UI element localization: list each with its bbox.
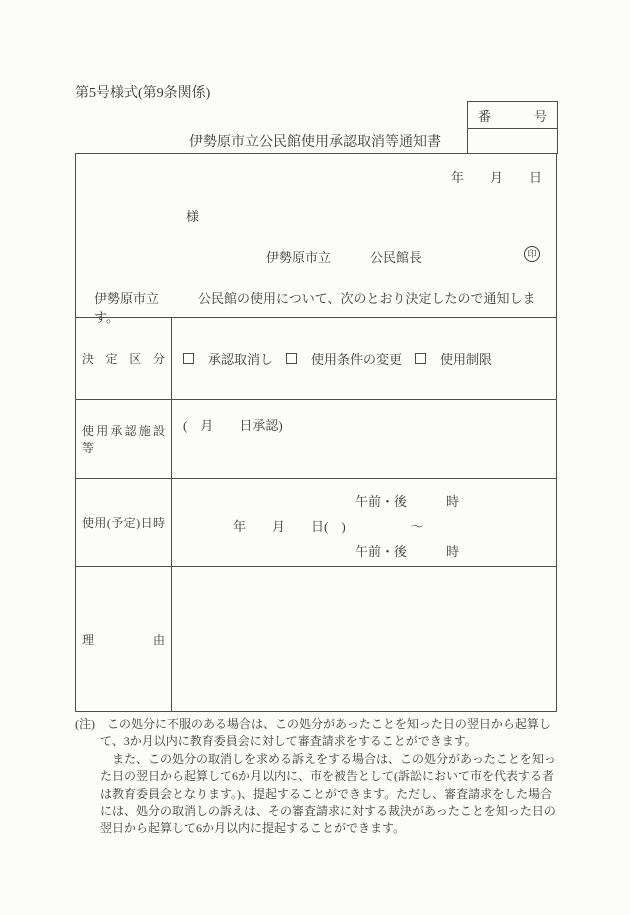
decision-category-label: 決 定 区 分 bbox=[76, 350, 171, 367]
checkbox-icon[interactable] bbox=[415, 353, 426, 364]
option-label: 使用条件の変更 bbox=[311, 349, 402, 368]
note-line: は教育委員会となります。)、提起することができます。ただし、審査請求をした場合 bbox=[75, 786, 563, 803]
use-datetime-label-cell: 使用(予定)日時 bbox=[76, 479, 172, 566]
form-table: 年 月 日 様 伊勢原市立 公民館長 印 伊勢原市立 公民館の使用について、次の… bbox=[75, 153, 557, 712]
option-label: 使用制限 bbox=[440, 349, 492, 368]
note-line: には、処分の取消しの訴えは、その審査請求に対する裁決があったことを知った日の bbox=[75, 803, 563, 820]
note-line: て、3か月以内に教育委員会に対して審査請求をすることができます。 bbox=[75, 733, 563, 750]
option-condition-change: 使用条件の変更 bbox=[286, 349, 402, 368]
reason-row: 理 由 bbox=[76, 566, 556, 711]
start-time-blank: 午前・後 時 bbox=[355, 491, 459, 510]
reason-label-cell: 理 由 bbox=[76, 567, 172, 711]
use-datetime-row: 使用(予定)日時 午前・後 時 年 月 日( ) 〜 午前・後 時 bbox=[76, 478, 556, 566]
option-label: 承認取消し bbox=[208, 349, 273, 368]
option-approval-cancel: 承認取消し bbox=[183, 349, 273, 368]
note-line: た日の翌日から起算して6か月以内に、市を被告として(訴訟において市を代表する者 bbox=[75, 768, 563, 785]
reason-field bbox=[172, 567, 556, 711]
issue-date-blank: 年 月 日 bbox=[451, 167, 542, 186]
note-line: 翌日から起算して6か月以内に提起することができます。 bbox=[75, 820, 563, 837]
approved-facility-row: 使用承認施設等 ( 月 日承認) bbox=[76, 399, 556, 478]
document-page: 第5号様式(第9条関係) 番 号 伊勢原市立公民館使用承認取消等通知書 年 月 … bbox=[0, 0, 630, 915]
approved-facility-label: 使用承認施設等 bbox=[76, 422, 171, 456]
note-line: (注) この処分に不服のある場合は、この処分があったことを知った日の翌日から起算… bbox=[75, 716, 563, 733]
letter-header: 年 月 日 様 伊勢原市立 公民館長 印 伊勢原市立 公民館の使用について、次の… bbox=[76, 154, 556, 318]
checkbox-icon[interactable] bbox=[183, 353, 194, 364]
use-datetime-label: 使用(予定)日時 bbox=[76, 514, 171, 531]
decision-options: 承認取消し 使用条件の変更 使用制限 bbox=[172, 318, 556, 399]
note-section: (注) この処分に不服のある場合は、この処分があったことを知った日の翌日から起算… bbox=[75, 716, 563, 838]
approved-facility-field: ( 月 日承認) bbox=[172, 400, 556, 478]
addressee-sama: 様 bbox=[186, 206, 199, 225]
approved-facility-label-cell: 使用承認施設等 bbox=[76, 400, 172, 478]
use-date-blank: 年 月 日( ) 〜 bbox=[233, 516, 424, 535]
option-use-restriction: 使用制限 bbox=[415, 349, 492, 368]
reason-label: 理 由 bbox=[76, 631, 171, 648]
checkbox-icon[interactable] bbox=[286, 353, 297, 364]
number-label-ban: 番 bbox=[478, 106, 491, 125]
form-number: 第5号様式(第9条関係) bbox=[75, 82, 210, 102]
note-line: また、この処分の取消しを求める訴えをする場合は、この処分があったことを知っ bbox=[75, 751, 563, 768]
number-box-header: 番 号 bbox=[468, 102, 557, 129]
sender-line: 伊勢原市立 公民館長 印 bbox=[266, 247, 540, 266]
approval-date-blank: ( 月 日承認) bbox=[172, 400, 556, 434]
seal-icon: 印 bbox=[524, 246, 540, 262]
sender-title-text: 伊勢原市立 公民館長 bbox=[266, 250, 422, 265]
seal-character: 印 bbox=[527, 250, 536, 259]
decision-category-row: 決 定 区 分 承認取消し 使用条件の変更 使用制限 bbox=[76, 318, 556, 399]
number-label-go: 号 bbox=[534, 106, 547, 125]
document-title: 伊勢原市立公民館使用承認取消等通知書 bbox=[0, 131, 630, 151]
use-datetime-field: 午前・後 時 年 月 日( ) 〜 午前・後 時 bbox=[172, 479, 556, 566]
decision-category-label-cell: 決 定 区 分 bbox=[76, 318, 172, 399]
end-time-blank: 午前・後 時 bbox=[355, 541, 459, 560]
